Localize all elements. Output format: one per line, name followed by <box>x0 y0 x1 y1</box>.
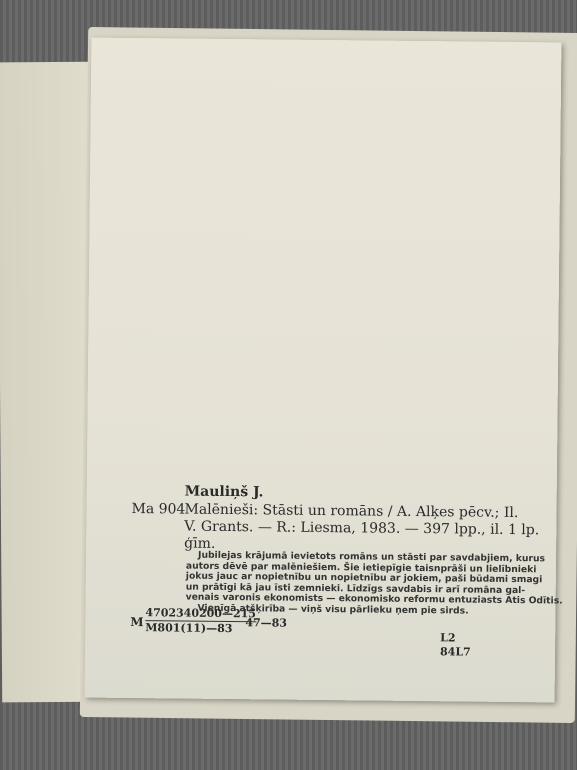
print-codes: L2 84L7 <box>440 631 471 659</box>
author: Mauliņš J. <box>185 484 264 501</box>
m-label: M <box>130 615 143 629</box>
book-page: Mauliņš J. Ma 904 Malēnieši: Stāsti un r… <box>85 38 562 703</box>
call-number: Ma 904 <box>131 501 185 518</box>
print-code: L2 <box>440 631 471 645</box>
fraction: 4702340200—215 M801(11)—83 <box>145 606 256 636</box>
fraction-suffix: 47—83 <box>245 616 287 629</box>
imprint-line: V. Grants. — R.: Liesma, 1983. — 397 lpp… <box>184 519 539 539</box>
print-code: 84L7 <box>440 645 471 659</box>
fraction-denominator: M801(11)—83 <box>145 621 232 635</box>
fraction-numerator: 4702340200—215 <box>145 606 256 622</box>
